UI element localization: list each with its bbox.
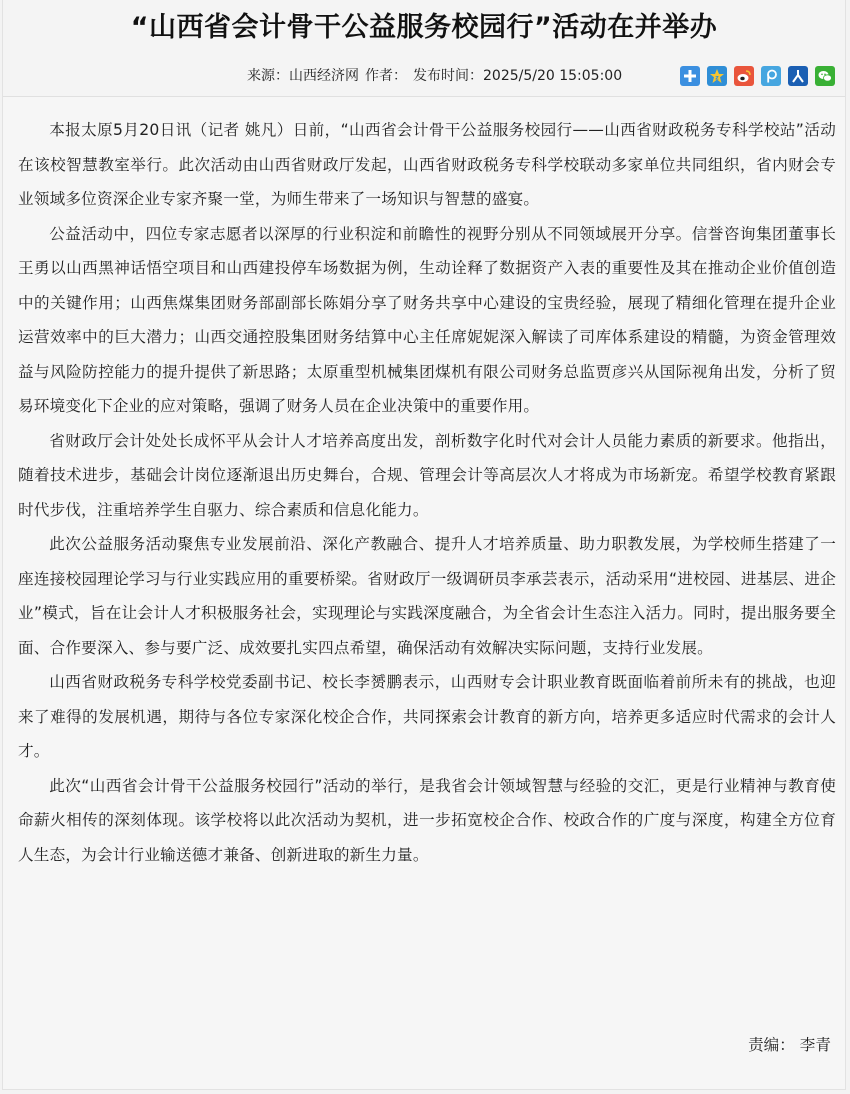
article-body: 本报太原5月20日讯（记者 姚凡）日前，“山西省会计骨干公益服务校园行——山西省… xyxy=(18,113,836,872)
share-renren-button[interactable] xyxy=(788,66,808,86)
weibo-icon xyxy=(736,68,752,84)
author-label: 作者： xyxy=(365,68,407,84)
responsible-editor: 责编： 李青 xyxy=(748,1028,831,1062)
article-paragraph: 公益活动中，四位专家志愿者以深厚的行业积淀和前瞻性的视野分别从不同领域展开分享。… xyxy=(18,217,836,424)
article-paragraph: 本报太原5月20日讯（记者 姚凡）日前，“山西省会计骨干公益服务校园行——山西省… xyxy=(18,113,836,217)
renren-icon xyxy=(790,68,806,84)
article-paragraph: 此次公益服务活动聚焦专业发展前沿、深化产教融合、提升人才培养质量、助力职教发展，… xyxy=(18,527,836,665)
article-header: “山西省会计骨干公益服务校园行”活动在并举办 来源：山西经济网作者：发布时间：2… xyxy=(3,0,845,97)
source-label: 来源： xyxy=(247,68,289,84)
share-tencent-weibo-button[interactable] xyxy=(761,66,781,86)
article-paragraph: 此次“山西省会计骨干公益服务校园行”活动的举行，是我省会计领域智慧与经验的交汇，… xyxy=(18,769,836,873)
share-toolbar: z xyxy=(680,66,835,86)
tencent-weibo-icon xyxy=(763,68,779,84)
source-value: 山西经济网 xyxy=(289,68,359,84)
article-title: “山西省会计骨干公益服务校园行”活动在并举办 xyxy=(3,10,845,46)
svg-text:z: z xyxy=(715,75,719,82)
article-content: 本报太原5月20日讯（记者 姚凡）日前，“山西省会计骨干公益服务校园行——山西省… xyxy=(3,97,845,1089)
share-qzone-button[interactable]: z xyxy=(707,66,727,86)
share-more-button[interactable] xyxy=(680,66,700,86)
wechat-icon xyxy=(817,68,833,84)
article-paragraph: 省财政厅会计处处长成怀平从会计人才培养高度出发，剖析数字化时代对会计人员能力素质… xyxy=(18,424,836,528)
article-meta: 来源：山西经济网作者：发布时间：2025/5/20 15:05:00 xyxy=(247,66,622,86)
share-weibo-button[interactable] xyxy=(734,66,754,86)
share-wechat-button[interactable] xyxy=(815,66,835,86)
plus-icon xyxy=(683,69,697,83)
page-frame: “山西省会计骨干公益服务校园行”活动在并举办 来源：山西经济网作者：发布时间：2… xyxy=(2,0,846,1090)
qzone-star-icon: z xyxy=(709,68,725,84)
article-paragraph: 山西省财政税务专科学校党委副书记、校长李赟鹏表示，山西财专会计职业教育既面临着前… xyxy=(18,665,836,769)
publish-time-value: 2025/5/20 15:05:00 xyxy=(483,68,622,84)
publish-time-label: 发布时间： xyxy=(413,68,483,84)
